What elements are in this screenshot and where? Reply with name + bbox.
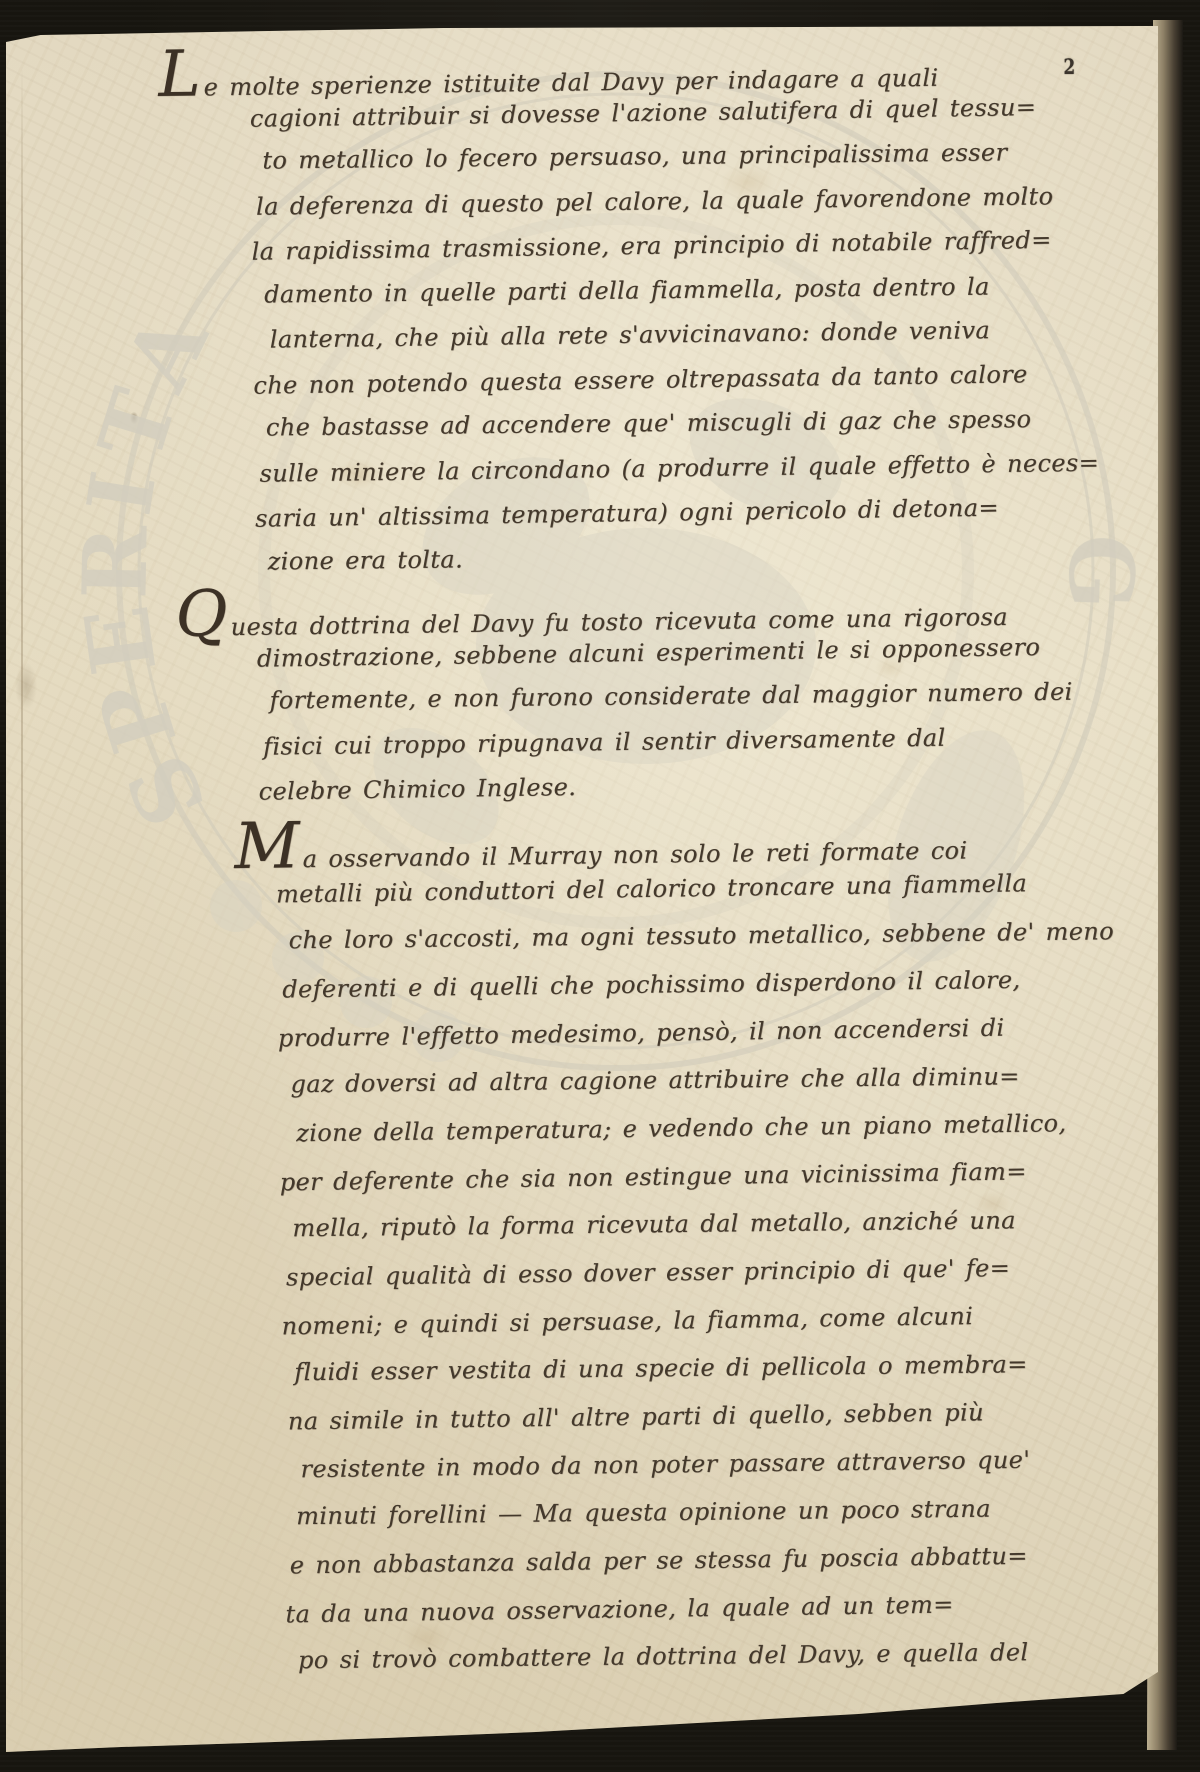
paragraph-3: Ma osservando il Murray non solo le reti…	[264, 807, 1200, 1685]
scanned-page-background: S P E R I T A G 2 Le molte sperienze ist…	[0, 0, 1200, 1772]
paragraph-2: Questa dottrina del Davy fu tosto ricevu…	[261, 577, 1200, 813]
paragraph-1: Le molte sperienze istituite dal Davy pe…	[254, 37, 1200, 585]
manuscript-page: S P E R I T A G 2 Le molte sperienze ist…	[6, 26, 1158, 1752]
manuscript-text: Le molte sperienze istituite dal Davy pe…	[6, 37, 1200, 1688]
